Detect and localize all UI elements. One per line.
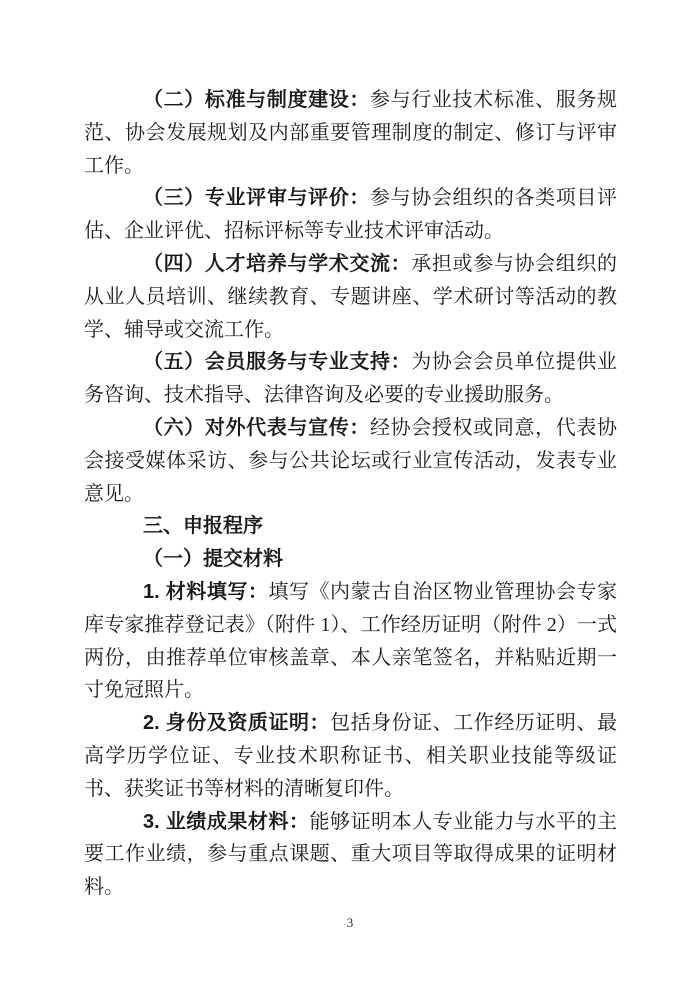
document-content: （二）标准与制度建设：参与行业技术标准、服务规范、协会发展规划及内部重要管理制度… bbox=[84, 84, 617, 904]
page-footer: 3 bbox=[0, 915, 700, 931]
numbered-paragraph-lead: 2. 身份及资质证明： bbox=[143, 712, 330, 734]
paragraph: （四）人才培养与学术交流：承担或参与协会组织的从业人员培训、继续教育、专题讲座、… bbox=[84, 248, 617, 346]
paragraph: （二）标准与制度建设：参与行业技术标准、服务规范、协会发展规划及内部重要管理制度… bbox=[84, 84, 617, 182]
paragraph-lead: （四）人才培养与学术交流： bbox=[143, 253, 411, 275]
paragraph-lead: （五）会员服务与专业支持： bbox=[143, 351, 411, 373]
paragraph: （三）专业评审与评价：参与协会组织的各类项目评估、企业评优、招标评标等专业技术评… bbox=[84, 182, 617, 248]
paragraph-lead: （六）对外代表与宣传： bbox=[143, 417, 370, 439]
section-heading: 三、申报程序 bbox=[84, 510, 617, 543]
numbered-paragraph: 3. 业绩成果材料：能够证明本人专业能力与水平的主要工作业绩，参与重点课题、重大… bbox=[84, 806, 617, 904]
numbered-paragraph: 1. 材料填写：填写《内蒙古自治区物业管理协会专家库专家推荐登记表》（附件 1）… bbox=[84, 576, 617, 707]
document-page: （二）标准与制度建设：参与行业技术标准、服务规范、协会发展规划及内部重要管理制度… bbox=[0, 0, 700, 990]
paragraph: （六）对外代表与宣传：经协会授权或同意，代表协会接受媒体采访、参与公共论坛或行业… bbox=[84, 412, 617, 510]
subsection-heading: （一）提交材料 bbox=[84, 543, 617, 576]
paragraph-lead: （二）标准与制度建设： bbox=[143, 89, 370, 111]
numbered-paragraph-lead: 1. 材料填写： bbox=[143, 581, 268, 603]
paragraph-lead: （三）专业评审与评价： bbox=[143, 187, 370, 209]
page-number: 3 bbox=[347, 915, 354, 930]
paragraph: （五）会员服务与专业支持：为协会会员单位提供业务咨询、技术指导、法律咨询及必要的… bbox=[84, 346, 617, 412]
numbered-paragraph: 2. 身份及资质证明：包括身份证、工作经历证明、最高学历学位证、专业技术职称证书… bbox=[84, 707, 617, 805]
numbered-paragraph-lead: 3. 业绩成果材料： bbox=[143, 811, 310, 833]
